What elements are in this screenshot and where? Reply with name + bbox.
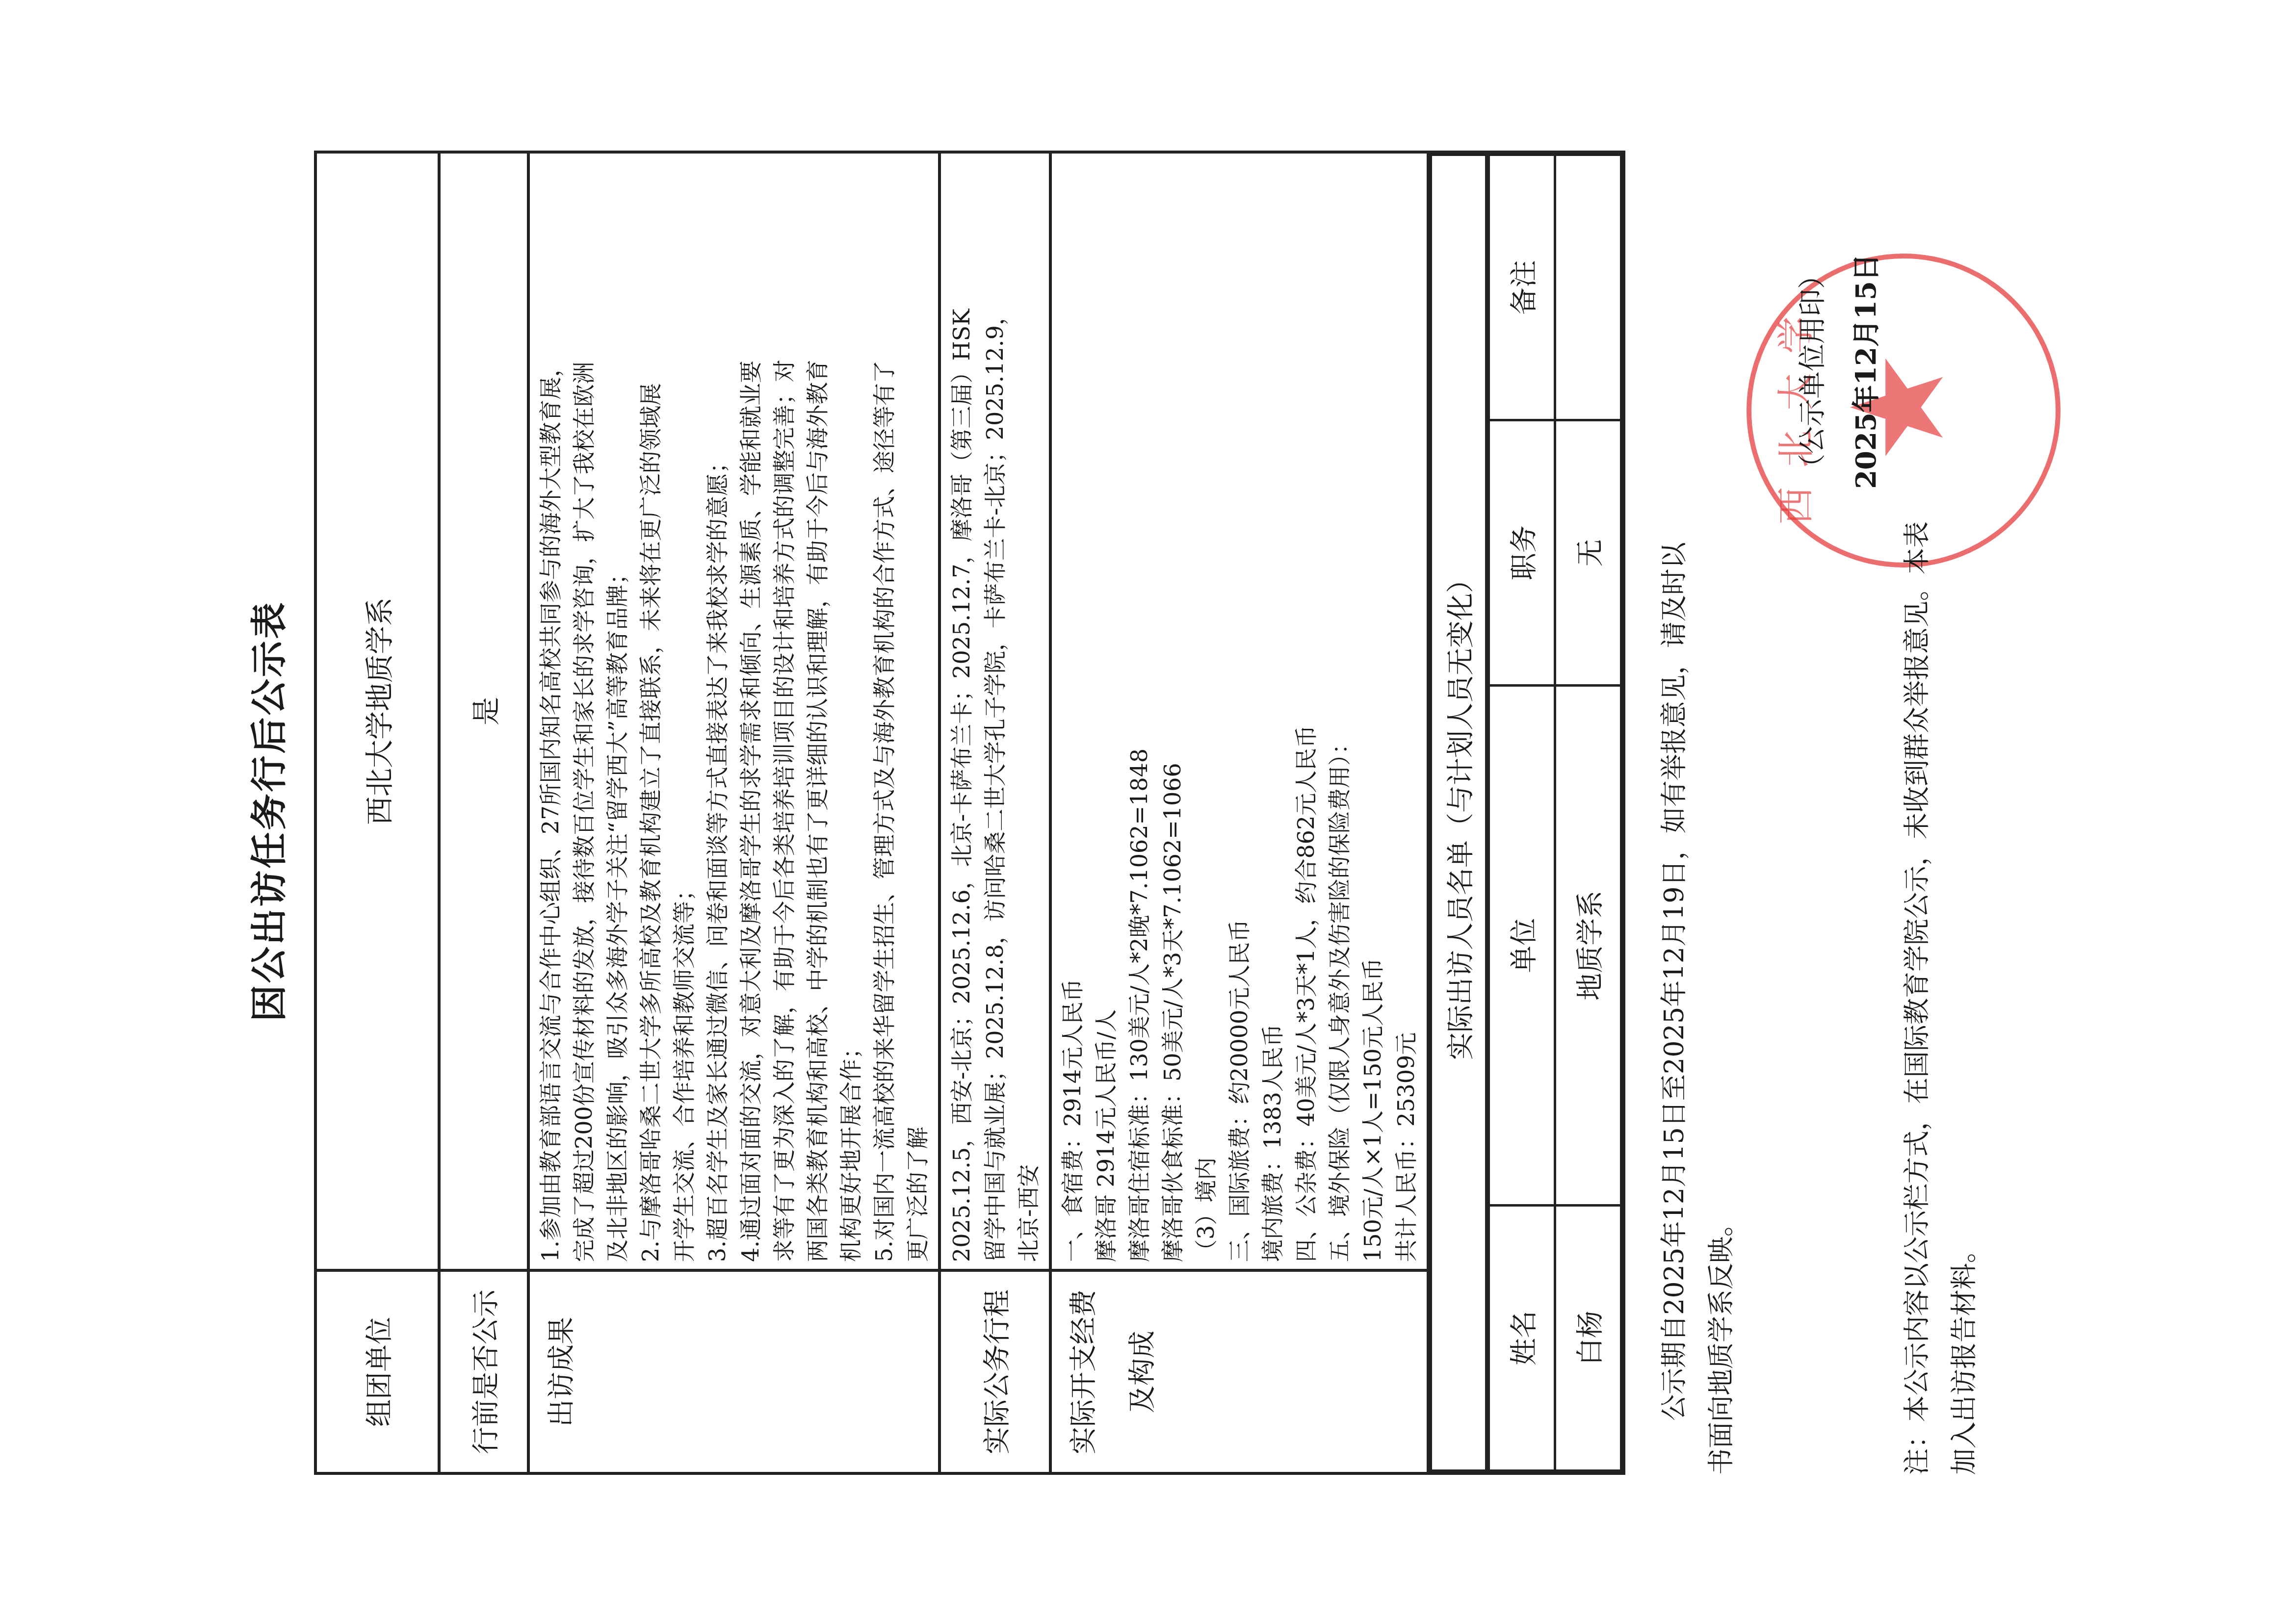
people-header-row: 姓名 单位 职务 备注 — [1489, 155, 1555, 1471]
itinerary-line: 留学中国与就业展；2025.12.8，访问哈桑二世大学孔子学院，卡萨布兰卡-北京… — [978, 160, 1012, 1262]
row-expenses: 实际开支经费 及构成 一、食宿费：2914元人民币 摩洛哥 2914元人民币/人… — [1050, 152, 1428, 1473]
row-prepublicity: 行前是否公示 是 — [439, 152, 528, 1473]
results-line: 机构更好地开展合作； — [834, 160, 867, 1262]
publicity-period: 公示期自2025年12月15日至2025年12月19日，如有举报意见，请及时以 … — [1651, 151, 1745, 1475]
expense-line: （3）境内 — [1189, 160, 1223, 1262]
results-label: 出访成果 — [528, 1270, 939, 1473]
people-table: 姓名 单位 职务 备注 白杨 地质学系 无 — [1487, 154, 1622, 1472]
itinerary-body: 2025.12.5，西安-北京；2025.12.6，北京-卡萨布兰卡；2025.… — [939, 152, 1050, 1270]
header-unit: 单位 — [1489, 686, 1555, 1205]
expense-line: 五、境外保险（仅限人身意外及伤害险的保险费用）： — [1323, 160, 1356, 1262]
expense-line: 150元/人×1人=150元人民币 — [1356, 160, 1389, 1262]
results-body: 1.参加由教育部语言交流与合作中心组织、27所国内知名高校共同参与的海外大型教育… — [528, 152, 939, 1270]
results-line: 1.参加由教育部语言交流与合作中心组织、27所国内知名高校共同参与的海外大型教育… — [534, 160, 567, 1262]
row-people: 实际出访人员名单（与计划人员无变化） 姓名 单位 职务 备注 白杨 地质学系 无 — [1428, 152, 1624, 1473]
itinerary-line: 2025.12.5，西安-北京；2025.12.6，北京-卡萨布兰卡；2025.… — [945, 160, 978, 1262]
sign-date: 2025年12月15日 — [1845, 224, 1884, 518]
header-remarks: 备注 — [1489, 155, 1555, 420]
expense-line: 一、食宿费：2914元人民币 — [1056, 160, 1089, 1262]
expense-line: 摩洛哥住宿标准：130美元/人*2晚*7.1062=1848 — [1122, 160, 1156, 1262]
expense-body: 一、食宿费：2914元人民币 摩洛哥 2914元人民币/人 摩洛哥住宿标准：13… — [1050, 152, 1428, 1270]
row-itinerary: 实际公务行程 2025.12.5，西安-北京；2025.12.6，北京-卡萨布兰… — [939, 152, 1050, 1473]
results-line: 开学生交流、合作培养和教师交流等； — [667, 160, 701, 1262]
results-line: 3.超百名学生及家长通过微信、问卷和面谈等方式直接表达了来我校求学的意愿； — [701, 160, 734, 1262]
person-name: 白杨 — [1555, 1205, 1621, 1470]
itinerary-line: 北京-西安 — [1012, 160, 1045, 1262]
itinerary-label: 实际公务行程 — [939, 1270, 1050, 1473]
results-line: 2.与摩洛哥哈桑二世大学多所高校及教育机构建立了直接联系，未来将在更广泛的领域展 — [634, 160, 667, 1262]
page-title: 因公出访任务行后公示表 — [240, 0, 292, 1622]
expense-label: 实际开支经费 及构成 — [1050, 1270, 1428, 1473]
expense-line: 摩洛哥 2914元人民币/人 — [1089, 160, 1122, 1262]
note-line: 加入出访报告材料。 — [1941, 151, 1988, 1475]
results-line: 及北非地区的影响，吸引众多海外学子关注“留学西大”高等教育品牌； — [600, 160, 634, 1262]
expense-label-line: 及构成 — [1121, 1279, 1160, 1465]
expense-line: 共计人民币：25309元 — [1389, 160, 1423, 1262]
row-organizing-unit: 组团单位 西北大学地质学系 — [315, 152, 439, 1473]
prepub-label: 行前是否公示 — [439, 1270, 528, 1473]
prepub-value: 是 — [439, 152, 528, 1270]
expense-label-line: 实际开支经费 — [1062, 1279, 1101, 1465]
results-line: 5.对国内一流高校的来华留学生招生、管理方式及与海外教育机构的合作方式、途径等有… — [867, 160, 901, 1262]
person-position: 无 — [1555, 420, 1621, 686]
notice-line: 公示期自2025年12月15日至2025年12月19日，如有举报意见，请及时以 — [1651, 151, 1698, 1475]
table-row: 白杨 地质学系 无 — [1555, 155, 1621, 1471]
results-line: 求等有了更为深入的了解，有助于今后各类培养培训项目的设计和培养方式的调整完善；对 — [767, 160, 801, 1262]
expense-line: 摩洛哥伙食标准：50美元/人*3天*7.1062=1066 — [1156, 160, 1189, 1262]
expense-line: 境内旅费：1383人民币 — [1256, 160, 1289, 1262]
results-line: 完成了超过200份宣传材料的发放，接待数百位学生和家长的求学咨询，扩大了我校在欧… — [567, 160, 600, 1262]
row-results: 出访成果 1.参加由教育部语言交流与合作中心组织、27所国内知名高校共同参与的海… — [528, 152, 939, 1473]
footnote: 注：本公示内容以公示栏方式，在国际教育学院公示，未收到群众举报意见。本表 加入出… — [1894, 151, 1988, 1475]
person-unit: 地质学系 — [1555, 686, 1621, 1205]
publicity-table: 组团单位 西北大学地质学系 行前是否公示 是 出访成果 1.参加由教育部语言交流… — [314, 151, 1625, 1475]
header-position: 职务 — [1489, 420, 1555, 686]
org-label: 组团单位 — [315, 1270, 439, 1473]
results-line: 两国各类教育机构和高校、中学的机制也有了更详细的认识和理解，有助于今后与海外教育 — [801, 160, 834, 1262]
notice-line: 书面向地质学系反映。 — [1698, 151, 1745, 1475]
seal-caption: （公示单位用印） — [1791, 224, 1830, 518]
note-line: 注：本公示内容以公示栏方式，在国际教育学院公示，未收到群众举报意见。本表 — [1894, 151, 1941, 1475]
expense-line: 四、公杂费：40美元/人*3天*1人，约合862元人民币 — [1289, 160, 1323, 1262]
people-section: 实际出访人员名单（与计划人员无变化） 姓名 单位 职务 备注 白杨 地质学系 无 — [1428, 152, 1624, 1473]
document-page: 因公出访任务行后公示表 组团单位 西北大学地质学系 行前是否公示 是 出访成果 … — [0, 0, 2296, 1622]
header-name: 姓名 — [1489, 1205, 1555, 1470]
person-remarks — [1555, 155, 1621, 420]
people-caption: 实际出访人员名单（与计划人员无变化） — [1430, 154, 1487, 1472]
results-line: 更广泛的了解 — [901, 160, 934, 1262]
org-value: 西北大学地质学系 — [315, 152, 439, 1270]
results-line: 4.通过面对面的交流，对意大利及摩洛哥学生的求学需求和倾向、生源素质、学能和就业… — [734, 160, 767, 1262]
expense-line: 三、国际旅费：约20000元人民币 — [1223, 160, 1256, 1262]
